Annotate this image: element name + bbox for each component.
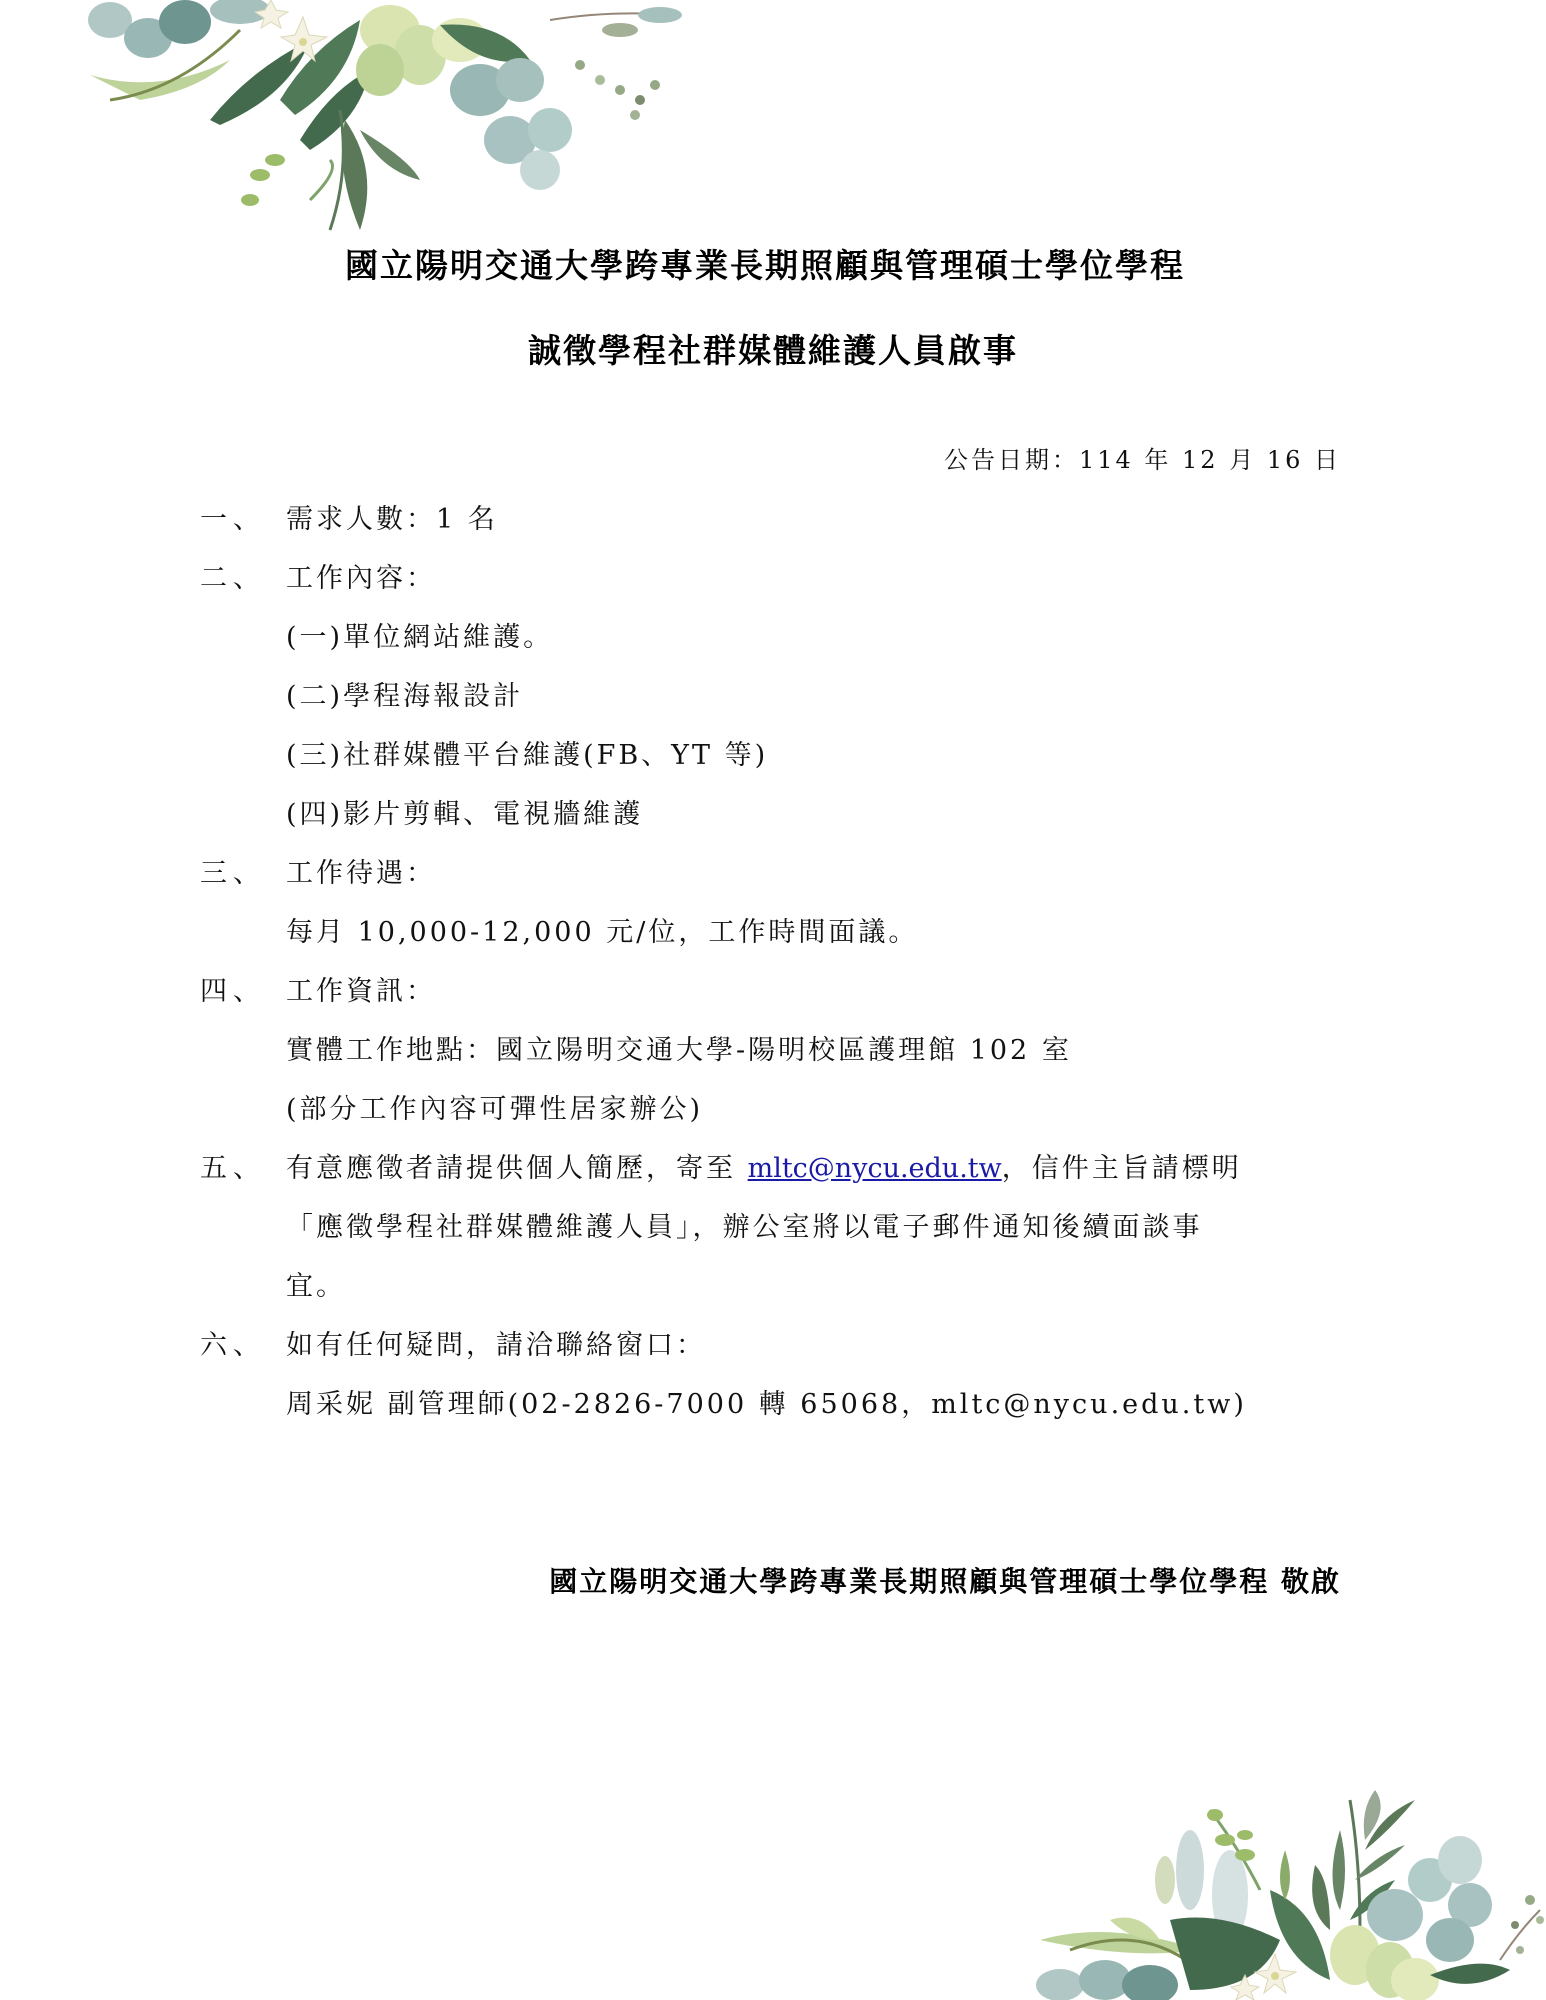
section-heading: 如有任何疑問，請洽聯絡窗口：: [286, 1316, 706, 1375]
section-heading: 工作資訊：: [286, 962, 436, 1021]
section-compensation: 三、 工作待遇：: [200, 844, 1350, 903]
work-location-note: (部分工作內容可彈性居家辦公): [200, 1080, 1350, 1139]
application-subject-note: 「應徵學程社群媒體維護人員」，辦公室將以電子郵件通知後續面談事: [200, 1198, 1350, 1257]
job-content-item: (四)影片剪輯、電視牆維護: [200, 785, 1350, 844]
section-heading: 工作內容：: [286, 549, 436, 608]
application-instructions: 有意應徵者請提供個人簡歷，寄至 mltc@nycu.edu.tw，信件主旨請標明: [286, 1139, 1242, 1198]
application-text-before: 有意應徵者請提供個人簡歷，寄至: [286, 1153, 748, 1184]
job-content-item: (一)單位網站維護。: [200, 608, 1350, 667]
document-subtitle: 誠徵學程社群媒體維護人員啟事: [0, 325, 1546, 372]
section-number: 四、: [200, 962, 286, 1021]
document-title: 國立陽明交通大學跨專業長期照顧與管理碩士學位學程: [0, 240, 1538, 287]
section-heading: 工作待遇：: [286, 844, 436, 903]
section-job-info: 四、 工作資訊：: [200, 962, 1350, 1021]
section-number: 六、: [200, 1316, 286, 1375]
signature: 國立陽明交通大學跨專業長期照顧與管理碩士學位學程 敬啟: [549, 1560, 1341, 1600]
application-subject-note-cont: 宜。: [200, 1257, 1350, 1316]
announcement-date: 公告日期：114 年 12 月 16 日: [944, 440, 1341, 475]
section-job-content: 二、 工作內容：: [200, 549, 1350, 608]
job-content-item: (三)社群媒體平台維護(FB、YT 等): [200, 726, 1350, 785]
announcement-body: 一、 需求人數：1 名 二、 工作內容： (一)單位網站維護。 (二)學程海報設…: [200, 490, 1350, 1434]
work-location: 實體工作地點：國立陽明交通大學-陽明校區護理館 102 室: [200, 1021, 1350, 1080]
section-heading: 需求人數：1 名: [286, 490, 498, 549]
floral-decoration-top: [80, 0, 700, 240]
email-link[interactable]: mltc@nycu.edu.tw: [748, 1153, 1002, 1184]
compensation-detail: 每月 10,000-12,000 元/位，工作時間面議。: [200, 903, 1350, 962]
section-number: 三、: [200, 844, 286, 903]
application-text-after: ，信件主旨請標明: [1002, 1153, 1242, 1184]
section-application: 五、 有意應徵者請提供個人簡歷，寄至 mltc@nycu.edu.tw，信件主旨…: [200, 1139, 1350, 1198]
section-number: 五、: [200, 1139, 286, 1198]
floral-decoration-bottom: [1030, 1780, 1546, 2000]
section-number: 二、: [200, 549, 286, 608]
section-headcount: 一、 需求人數：1 名: [200, 490, 1350, 549]
job-content-item: (二)學程海報設計: [200, 667, 1350, 726]
section-contact: 六、 如有任何疑問，請洽聯絡窗口：: [200, 1316, 1350, 1375]
section-number: 一、: [200, 490, 286, 549]
contact-person: 周采妮 副管理師(02-2826-7000 轉 65068，mltc@nycu.…: [200, 1375, 1350, 1434]
